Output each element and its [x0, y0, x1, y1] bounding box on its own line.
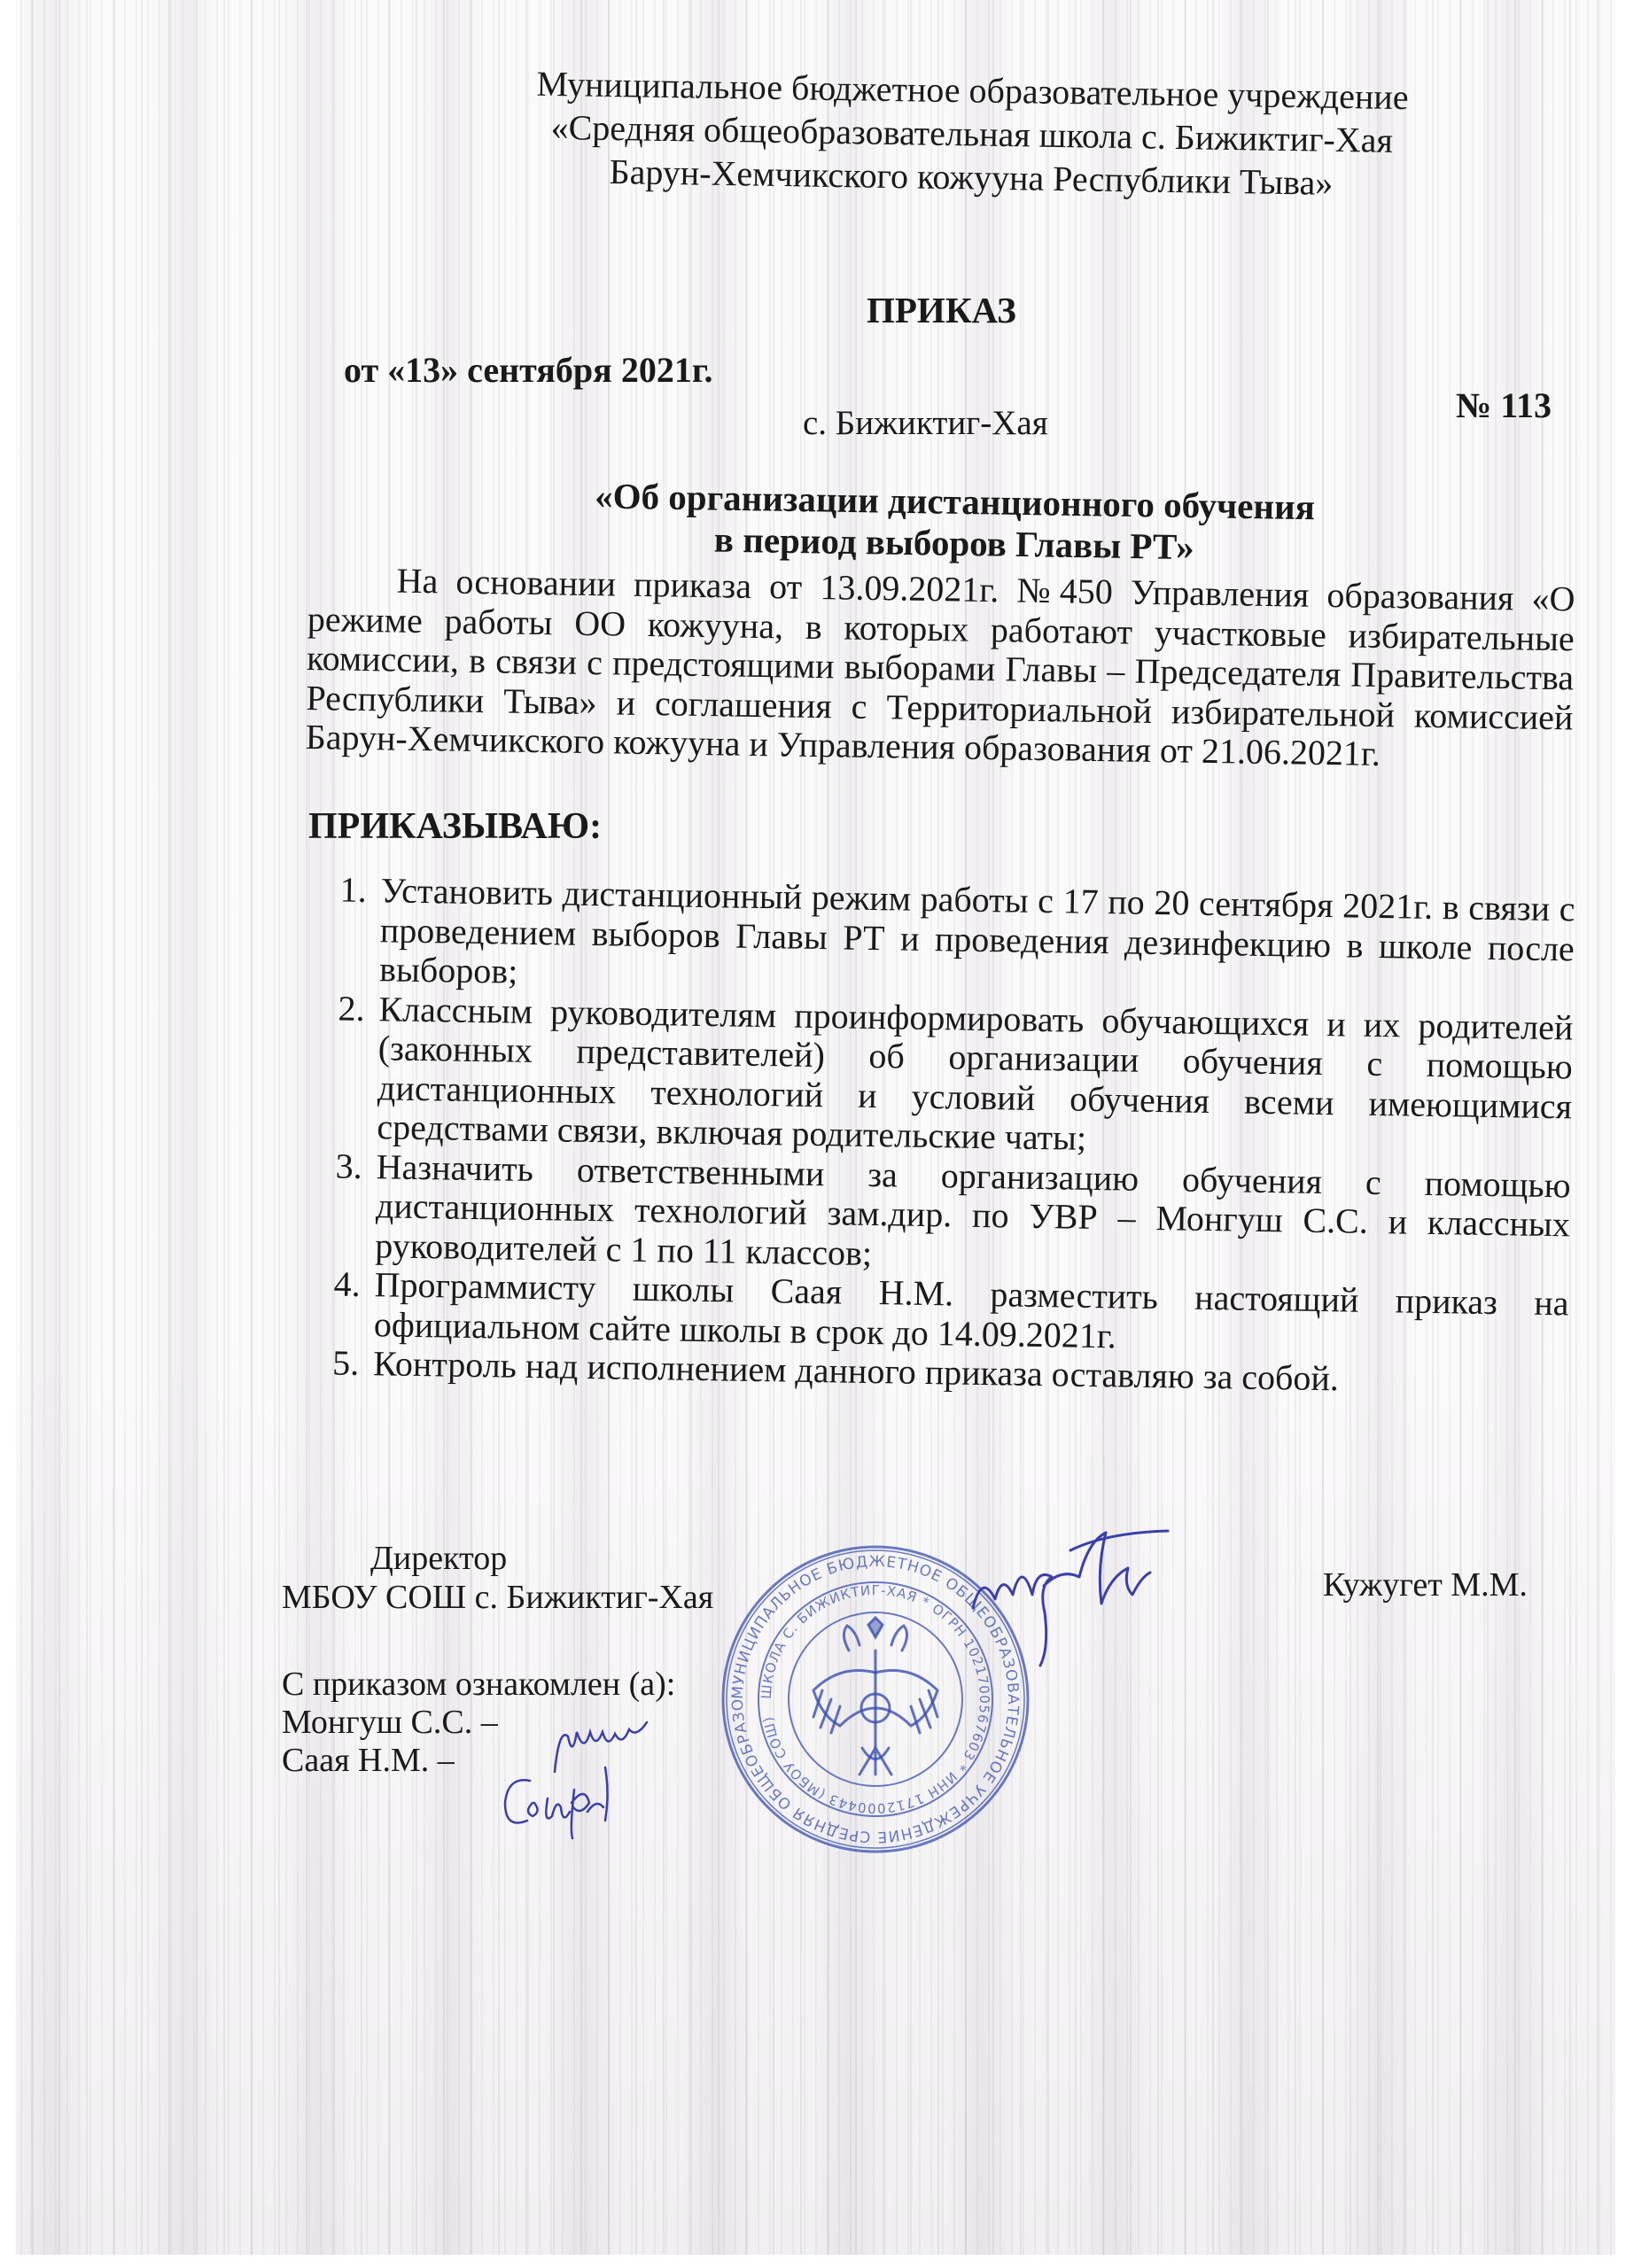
item-number: 2. [304, 988, 379, 1146]
director-name: Кужугет М.М. [1323, 1568, 1528, 1602]
item-text: Установить дистанционный режим работы с … [379, 871, 1575, 1008]
item-number: 5. [300, 1343, 374, 1384]
item-number: 1. [307, 870, 381, 990]
document-type-heading: ПРИКАЗ [867, 292, 1016, 329]
order-word: ПРИКАЗЫВАЮ: [308, 808, 602, 845]
director-position: Директор [370, 1542, 507, 1575]
preamble-text: На основании приказа от 13.09.2021г. №45… [306, 560, 1575, 777]
order-place: с. Бижиктиг-Хая [803, 406, 1048, 440]
director-signature-icon [964, 1524, 1177, 1674]
preamble: На основании приказа от 13.09.2021г. №45… [306, 560, 1575, 777]
order-item: 3. Назначить ответственными за организац… [302, 1146, 1571, 1284]
order-items-list: 1. Установить дистанционный режим работы… [300, 870, 1575, 1402]
order-item: 1. Установить дистанционный режим работы… [307, 870, 1575, 1008]
director-organization: МБОУ СОШ с. Бижиктиг-Хая [282, 1581, 713, 1614]
order-item: 2. Классным руководителям проинформирова… [304, 988, 1574, 1165]
item-text: Классным руководителям проинформировать … [377, 990, 1574, 1166]
item-number: 4. [301, 1264, 375, 1344]
item-text: Назначить ответственными за организацию … [375, 1147, 1571, 1285]
order-number: № 113 [1456, 388, 1552, 423]
item-number: 3. [302, 1146, 377, 1265]
institution-header: Муниципальное бюджетное образовательное … [439, 60, 1505, 207]
acknowledgement-heading: С приказом ознакомлен (а): [282, 1666, 675, 1704]
saaya-signature-icon [499, 1763, 623, 1843]
order-title: «Об организации дистанционного обучения … [511, 474, 1398, 571]
scanned-page: Муниципальное бюджетное образовательное … [16, 0, 1615, 2255]
order-date: от «13» сентября 2021г. [344, 353, 712, 388]
